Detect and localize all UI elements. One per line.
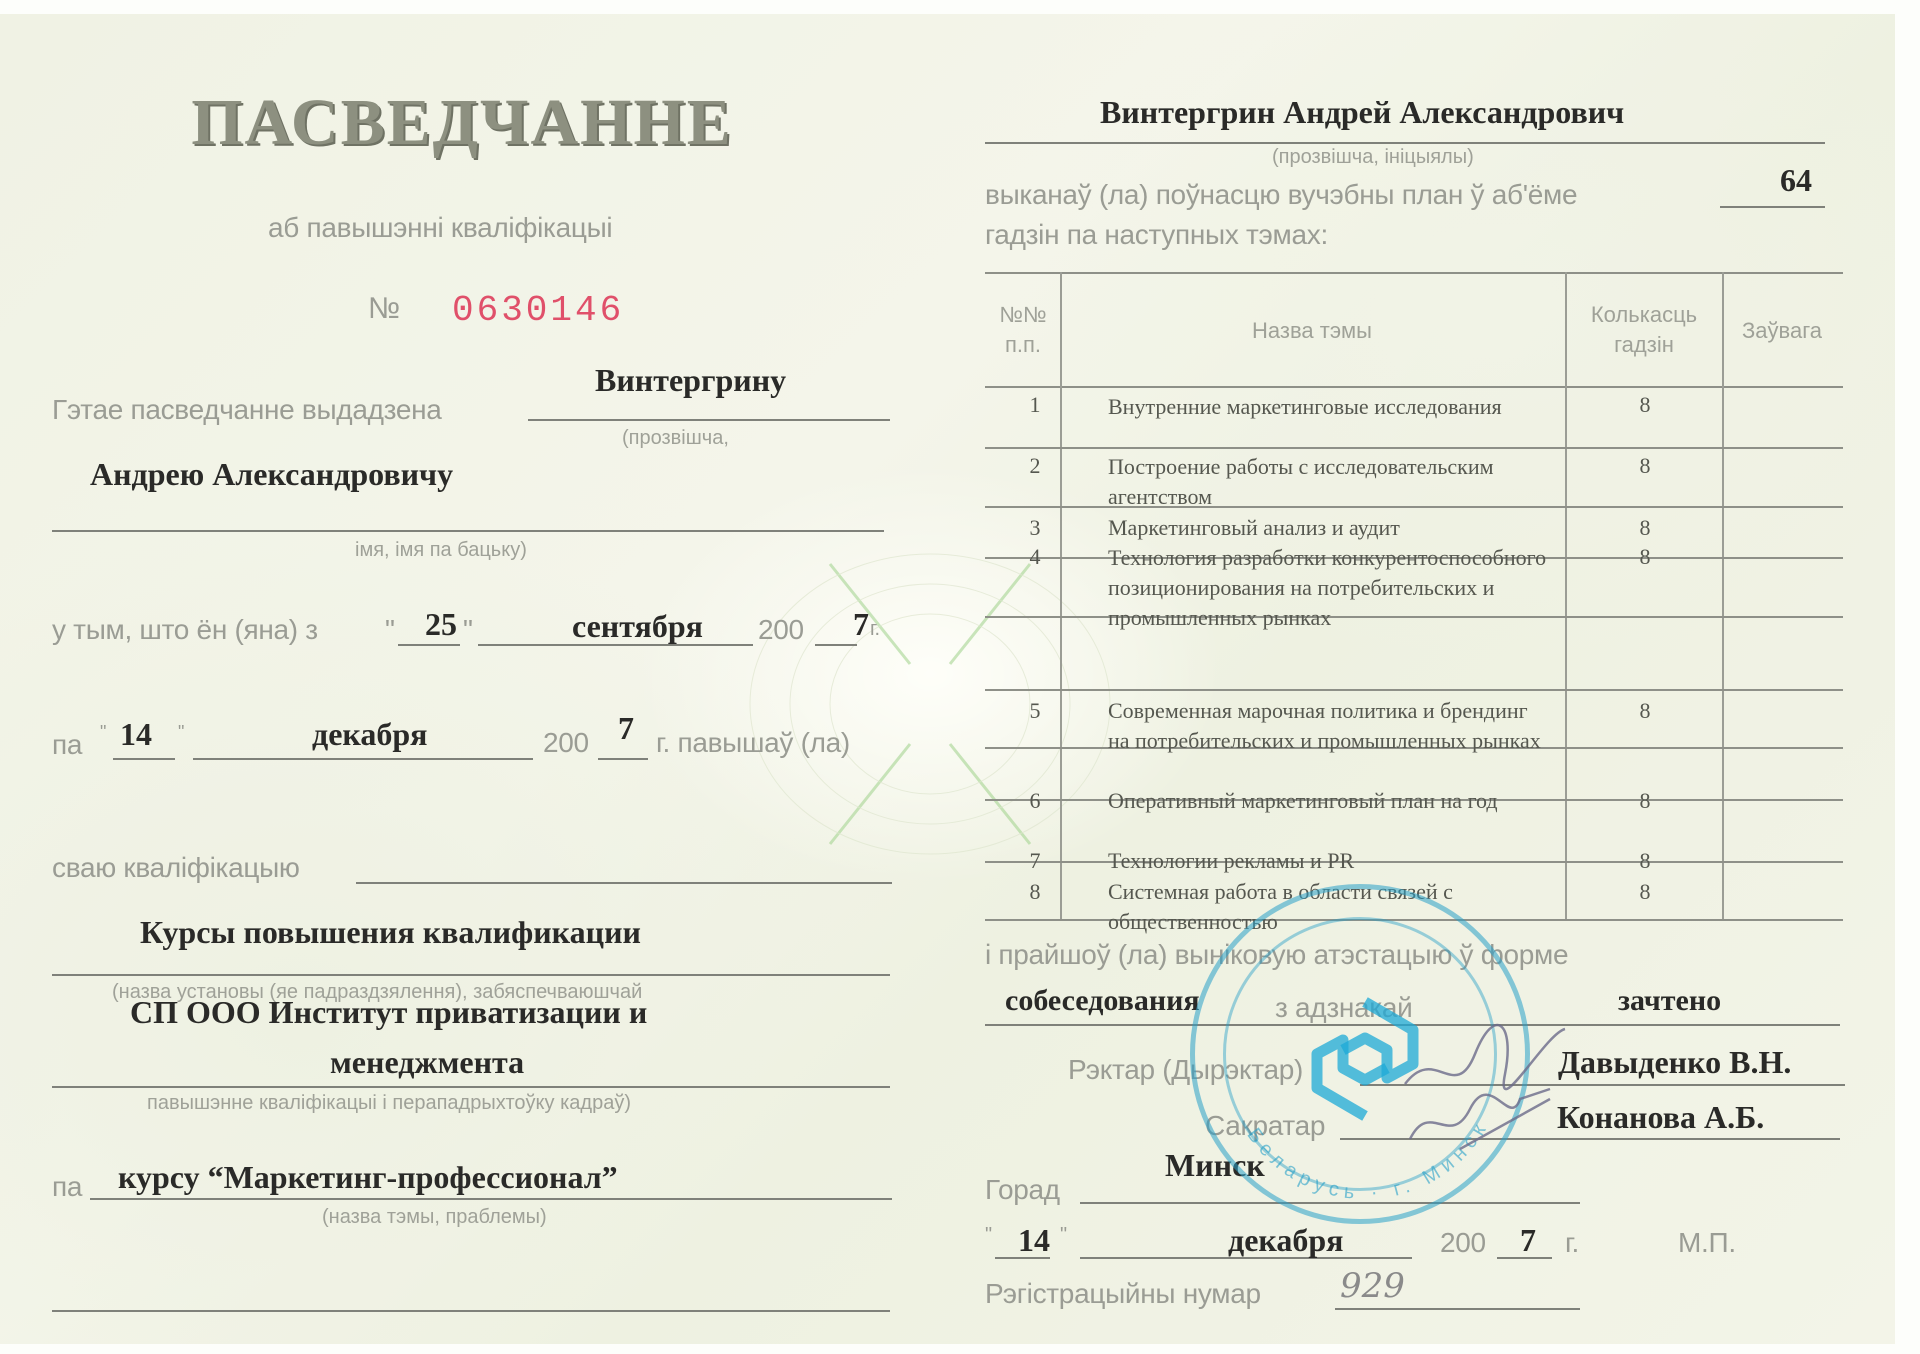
institution-hint2: павышэнне кваліфікацыі і перападрыхтоўку…: [147, 1092, 631, 1115]
blank-underline: [52, 1310, 890, 1312]
qualification-underline: [356, 882, 892, 884]
row-topic: Технологии рекламы и PR: [1108, 846, 1548, 876]
row-hours: 8: [1570, 451, 1720, 481]
quote-close: ": [463, 614, 473, 646]
header-hours: Колькасць гадзін: [1567, 300, 1721, 360]
given-names-hint: імя, імя па бацьку): [355, 539, 527, 562]
table-border-top: [985, 272, 1843, 274]
header-number: №№ п.п.: [988, 300, 1058, 360]
to-year-digit: 7: [618, 710, 634, 747]
table-row-line: [985, 447, 1843, 449]
plan-hours: 64: [1780, 162, 1812, 199]
from-day-underline: [398, 644, 460, 646]
institution-line2: СП ООО Институт приватизации и: [130, 994, 647, 1031]
raised-label: г. павышаў (ла): [656, 727, 850, 759]
row-number: 8: [1000, 877, 1070, 907]
institution-underline1: [52, 974, 890, 976]
course-underline: [90, 1198, 892, 1200]
full-name: Винтергрин Андрей Александрович: [1100, 94, 1624, 131]
row-topic: Внутренние маркетинговые исследования: [1108, 392, 1548, 422]
seal-label: М.П.: [1678, 1227, 1736, 1259]
row-topic: Маркетинговый анализ и аудит: [1108, 513, 1548, 543]
header-topic: Назва тэмы: [1062, 316, 1562, 346]
number-sign: №: [368, 292, 400, 326]
quote-close: ": [1060, 1224, 1067, 1247]
table-col-divider: [1060, 272, 1062, 920]
from-year-underline: [815, 644, 857, 646]
header-note: Заўвага: [1724, 316, 1840, 346]
from-year-digit: 7: [853, 606, 869, 643]
row-topic: Построение работы с исследовательским аг…: [1108, 452, 1548, 512]
row-hours: 8: [1570, 542, 1720, 572]
certificate-number: 0630146: [452, 290, 624, 331]
row-number: 7: [1000, 846, 1070, 876]
row-hours: 8: [1570, 786, 1720, 816]
from-year-prefix: 200: [758, 614, 804, 646]
full-name-underline: [985, 142, 1825, 144]
row-number: 1: [1000, 390, 1070, 420]
institution-line1: Курсы повышения квалификации: [140, 914, 641, 951]
quote-open: ": [100, 722, 106, 743]
to-day: 14: [120, 716, 152, 753]
from-month: сентября: [572, 608, 703, 645]
row-topic: Оперативный маркетинговый план на год: [1108, 786, 1548, 816]
from-day: 25: [425, 606, 457, 643]
to-year-underline: [598, 758, 648, 760]
row-topic: Современная марочная политика и брендинг…: [1108, 696, 1548, 756]
row-number: 5: [1000, 696, 1070, 726]
row-number: 2: [1000, 451, 1070, 481]
surname-value: Винтергрину: [595, 362, 786, 399]
plan-label2: гадзін па наступных тэмах:: [985, 219, 1328, 251]
quote-open: ": [985, 1224, 992, 1247]
row-number: 4: [1000, 542, 1070, 572]
document-title: ПАСВЕДЧАННЕ: [172, 92, 752, 154]
reg-underline: [1335, 1308, 1580, 1310]
issue-year-suffix: г.: [1565, 1227, 1579, 1259]
from-label: у тым, што ён (яна) з: [52, 614, 318, 646]
row-number: 6: [1000, 786, 1070, 816]
row-number: 3: [1000, 513, 1070, 543]
full-name-hint: (прозвішча, ініцыялы): [1272, 146, 1474, 169]
issue-year-prefix: 200: [1440, 1227, 1486, 1259]
given-names-underline: [52, 530, 884, 532]
course-hint: (назва тэмы, праблемы): [322, 1206, 547, 1229]
document-subtitle: аб павышэнні кваліфікацыі: [268, 212, 612, 244]
rector-name: Давыденко В.Н.: [1558, 1044, 1791, 1081]
institution-line3: менеджмента: [330, 1044, 524, 1081]
table-col-divider: [1565, 272, 1567, 920]
city-label: Горад: [985, 1174, 1060, 1206]
table-row-line: [985, 689, 1843, 691]
given-names-value: Андрею Александровичу: [90, 456, 453, 493]
plan-hours-underline: [1720, 206, 1825, 208]
row-topic: Технология разработки конкурентоспособно…: [1108, 543, 1548, 633]
row-hours: 8: [1570, 390, 1720, 420]
institution-underline2: [52, 1086, 890, 1088]
to-month-underline: [193, 758, 533, 760]
reg-label: Рэгістрацыйны нумар: [985, 1278, 1261, 1310]
secretary-signature-icon: [1400, 1079, 1570, 1159]
qualification-label: сваю кваліфікацыю: [52, 852, 300, 884]
issue-day: 14: [1018, 1222, 1050, 1259]
quote-close: ": [178, 722, 184, 743]
secretary-name: Конанова А.Б.: [1557, 1099, 1764, 1136]
course-value: курсу “Маркетинг-профессионал”: [118, 1159, 618, 1196]
row-hours: 8: [1570, 877, 1720, 907]
from-year-suffix: г.: [870, 618, 880, 641]
to-day-underline: [113, 758, 175, 760]
row-hours: 8: [1570, 513, 1720, 543]
surname-underline: [528, 419, 890, 421]
certificate-page: ПАСВЕДЧАННЕ аб павышэнні кваліфікацыі № …: [0, 14, 1895, 1344]
table-col-divider: [1722, 272, 1724, 920]
plan-label: выканаў (ла) поўнасцю вучэбны план ў аб'…: [985, 179, 1577, 211]
to-month: декабря: [312, 716, 427, 753]
row-hours: 8: [1570, 846, 1720, 876]
reg-number: 929: [1340, 1266, 1405, 1306]
to-year-prefix: 200: [543, 727, 589, 759]
row-hours: 8: [1570, 696, 1720, 726]
table-header-bottom: [985, 386, 1843, 388]
attestation-form: собеседования: [1005, 984, 1200, 1018]
quote-open: ": [385, 614, 395, 646]
surname-hint: (прозвішча,: [622, 427, 729, 450]
issued-label: Гэтае пасведчанне выдадзена: [52, 394, 442, 426]
course-label: па: [52, 1171, 82, 1203]
grade-value: зачтено: [1618, 984, 1721, 1018]
to-label: па: [52, 729, 82, 761]
issue-day-underline: [995, 1257, 1050, 1259]
